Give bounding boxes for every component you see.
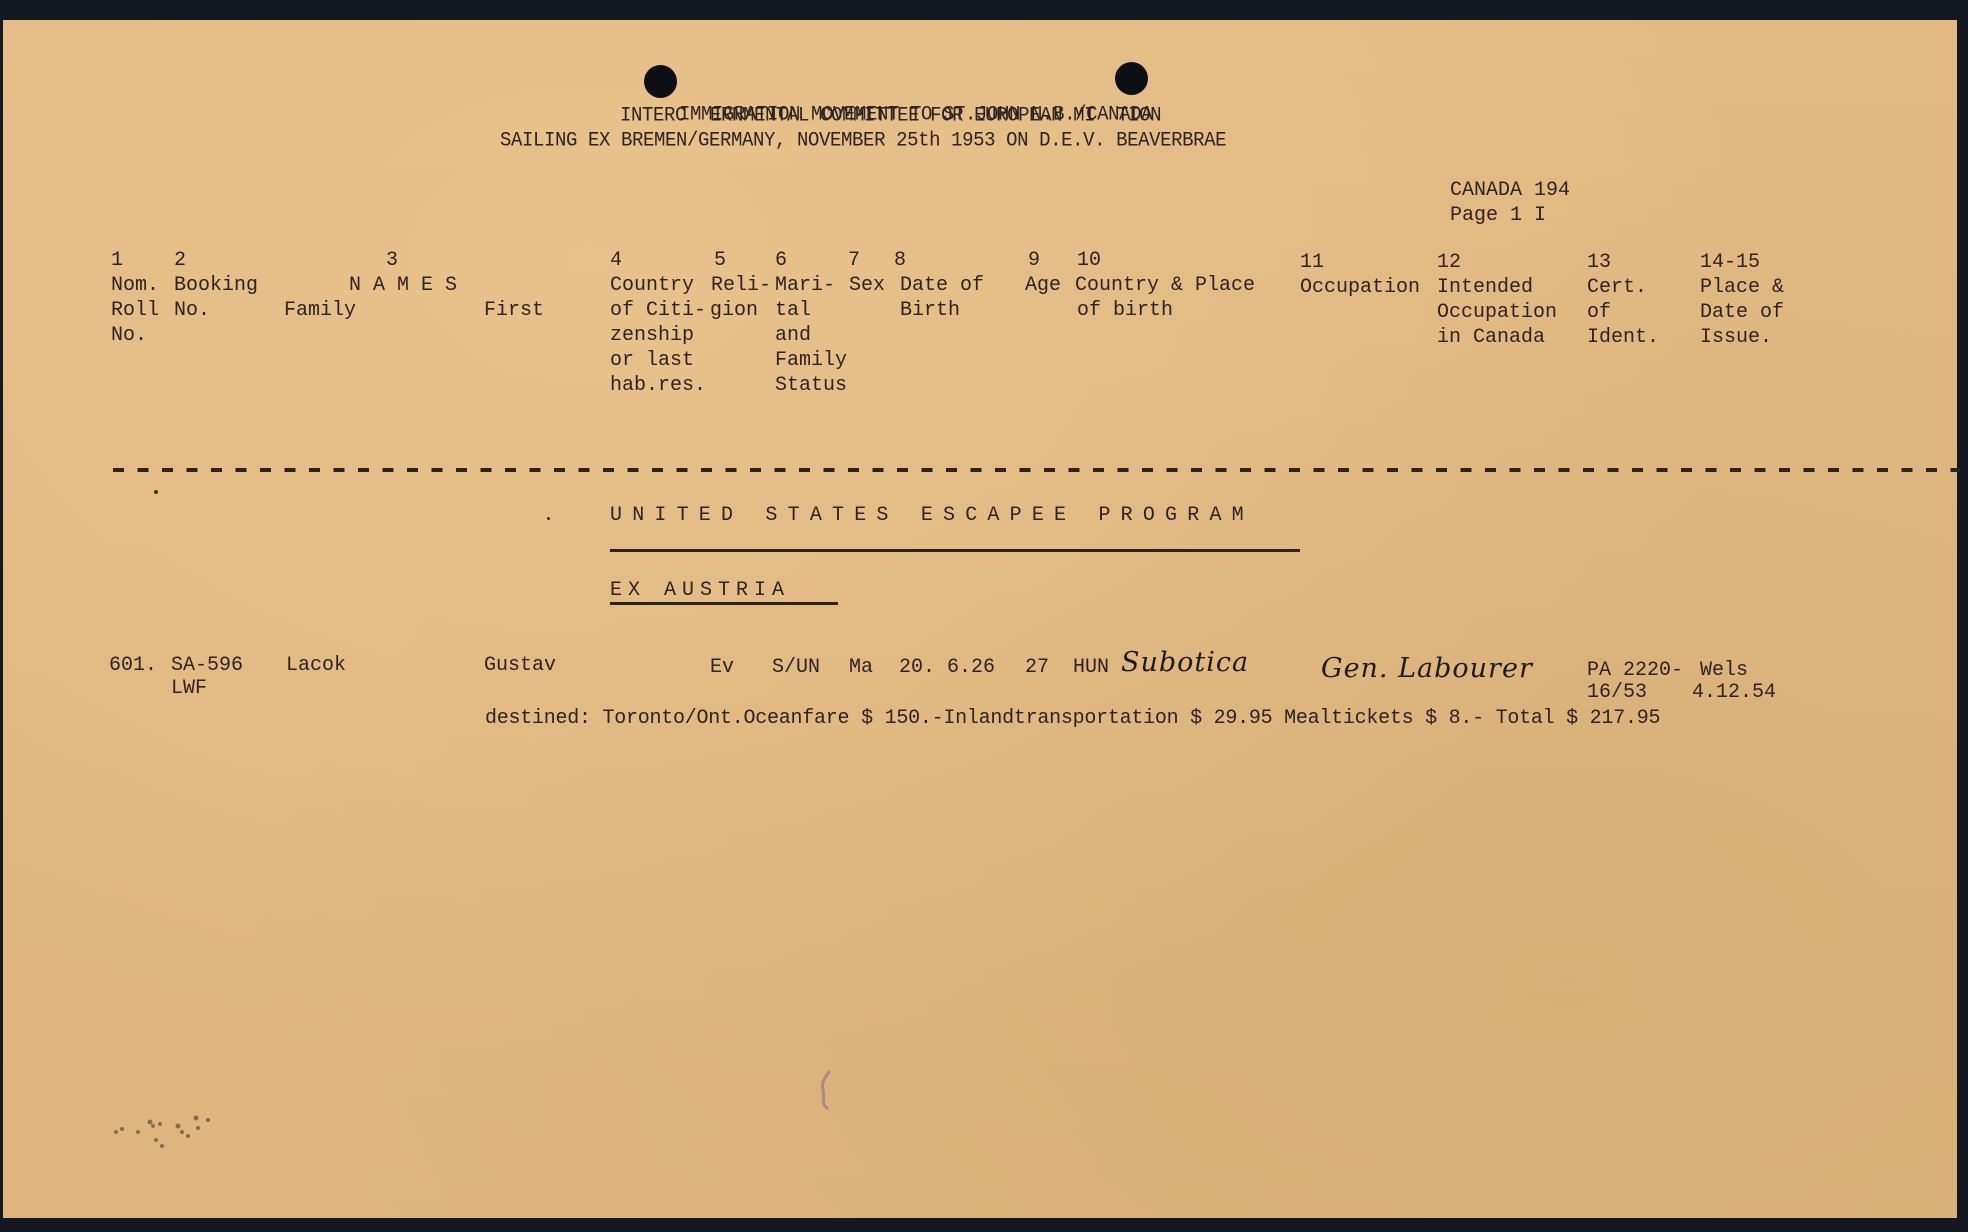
program-title: UNITED STATES ESCAPEE PROGRAM — [610, 503, 1254, 528]
origin-title: EX AUSTRIA — [610, 578, 790, 603]
col-14-15-label-b: Date of — [1700, 300, 1784, 325]
religion: Ev — [710, 655, 734, 680]
col-6-label-d: Family — [775, 348, 847, 373]
col-8-num: 8 — [894, 248, 906, 273]
col-4-label-c: zenship — [610, 323, 694, 348]
col-6-label-a: Mari- — [775, 273, 835, 298]
col-13-label-c: Ident. — [1587, 325, 1659, 350]
date-of-issue: 4.12.54 — [1692, 680, 1776, 705]
reference-code: CANADA 194 — [1450, 178, 1570, 203]
cert-of-ident-line-2: 16/53 — [1587, 680, 1647, 705]
col-1-label-c: No. — [111, 323, 147, 348]
col-3-title: N A M E S — [349, 273, 457, 298]
col-6-label-b: tal — [775, 298, 811, 323]
col-4-label-d: or last — [610, 348, 694, 373]
program-title-underline — [610, 549, 1300, 552]
col-6-label-c: and — [775, 323, 811, 348]
col-8-label-a: Date of — [900, 273, 984, 298]
col-3-num: 3 — [386, 248, 398, 273]
col-12-num: 12 — [1437, 250, 1461, 275]
col-9-num: 9 — [1028, 248, 1040, 273]
col-5-num: 5 — [714, 248, 726, 273]
col-12-label-c: in Canada — [1437, 325, 1545, 350]
col-13-num: 13 — [1587, 250, 1611, 275]
marital-status: S/UN — [772, 655, 820, 680]
col-12-label-b: Occupation — [1437, 300, 1557, 325]
col-5-label-a: Reli- — [711, 273, 771, 298]
col-14-15-num: 14-15 — [1700, 250, 1760, 275]
col-12-label-a: Intended — [1437, 275, 1533, 300]
family-name: Lacok — [286, 653, 346, 678]
col-8-label-b: Birth — [900, 298, 960, 323]
country-of-birth: HUN — [1073, 655, 1109, 680]
col-6-num: 6 — [775, 248, 787, 273]
col-10-label-b: of birth — [1077, 298, 1173, 323]
header-line-3: SAILING EX BREMEN/GERMANY, NOVEMBER 25th… — [500, 127, 1226, 154]
col-2-num: 2 — [174, 248, 186, 273]
page-number: Page 1 I — [1450, 203, 1546, 228]
col-10-label-a: Country & Place — [1075, 273, 1255, 298]
dashed-separator — [113, 468, 1960, 472]
col-2-label-b: No. — [174, 298, 210, 323]
place-of-birth-handwritten: Subotica — [1121, 647, 1249, 678]
ink-dot — [547, 517, 550, 520]
col-3-family: Family — [284, 298, 356, 323]
booking-agency: LWF — [171, 676, 207, 701]
date-of-birth: 20. 6.26 — [899, 655, 995, 680]
nom-roll-no: 601. — [109, 653, 157, 678]
pencil-mark — [815, 1068, 837, 1110]
col-2-label-a: Booking — [174, 273, 258, 298]
col-14-15-label-c: Issue. — [1700, 325, 1772, 350]
col-11-label-a: Occupation — [1300, 275, 1420, 300]
age: 27 — [1025, 655, 1049, 680]
col-6-label-e: Status — [775, 373, 847, 398]
col-7-num: 7 — [848, 248, 860, 273]
col-11-num: 11 — [1300, 250, 1324, 275]
col-14-15-label-a: Place & — [1700, 275, 1784, 300]
occupation-handwritten: Gen. Labourer — [1321, 653, 1533, 684]
col-13-label-a: Cert. — [1587, 275, 1647, 300]
faded-stamp-mark — [108, 1110, 248, 1160]
col-1-num: 1 — [111, 248, 123, 273]
col-5-label-b: gion — [710, 298, 758, 323]
origin-title-underline — [610, 602, 838, 605]
ink-dot — [154, 490, 158, 494]
destination-and-fares: destined: Toronto/Ont.Oceanfare $ 150.-I… — [485, 706, 1660, 731]
col-1-label-a: Nom. — [111, 273, 159, 298]
col-4-label-b: of Citi- — [610, 298, 706, 323]
sex: Ma — [849, 655, 873, 680]
col-4-num: 4 — [610, 248, 622, 273]
booking-no: SA-596 — [171, 653, 243, 678]
header-line-2: IMMIGRATION MOVEMENT TO ST.JOHN N.B./CAN… — [679, 101, 1152, 128]
col-13-label-b: of — [1587, 300, 1611, 325]
col-1-label-b: Roll — [111, 298, 159, 323]
col-4-label-a: Country — [610, 273, 694, 298]
col-10-num: 10 — [1077, 248, 1101, 273]
col-3-first: First — [484, 298, 544, 323]
col-4-label-e: hab.res. — [610, 373, 706, 398]
col-7-label-a: Sex — [849, 273, 885, 298]
first-name: Gustav — [484, 653, 556, 678]
col-9-label-a: Age — [1025, 273, 1061, 298]
header-line-1-left: INTERC — [620, 103, 686, 127]
immigration-record-card: INTERCERNMENTAL COMMITTEE FOR EUROPEAN M… — [3, 20, 1957, 1218]
